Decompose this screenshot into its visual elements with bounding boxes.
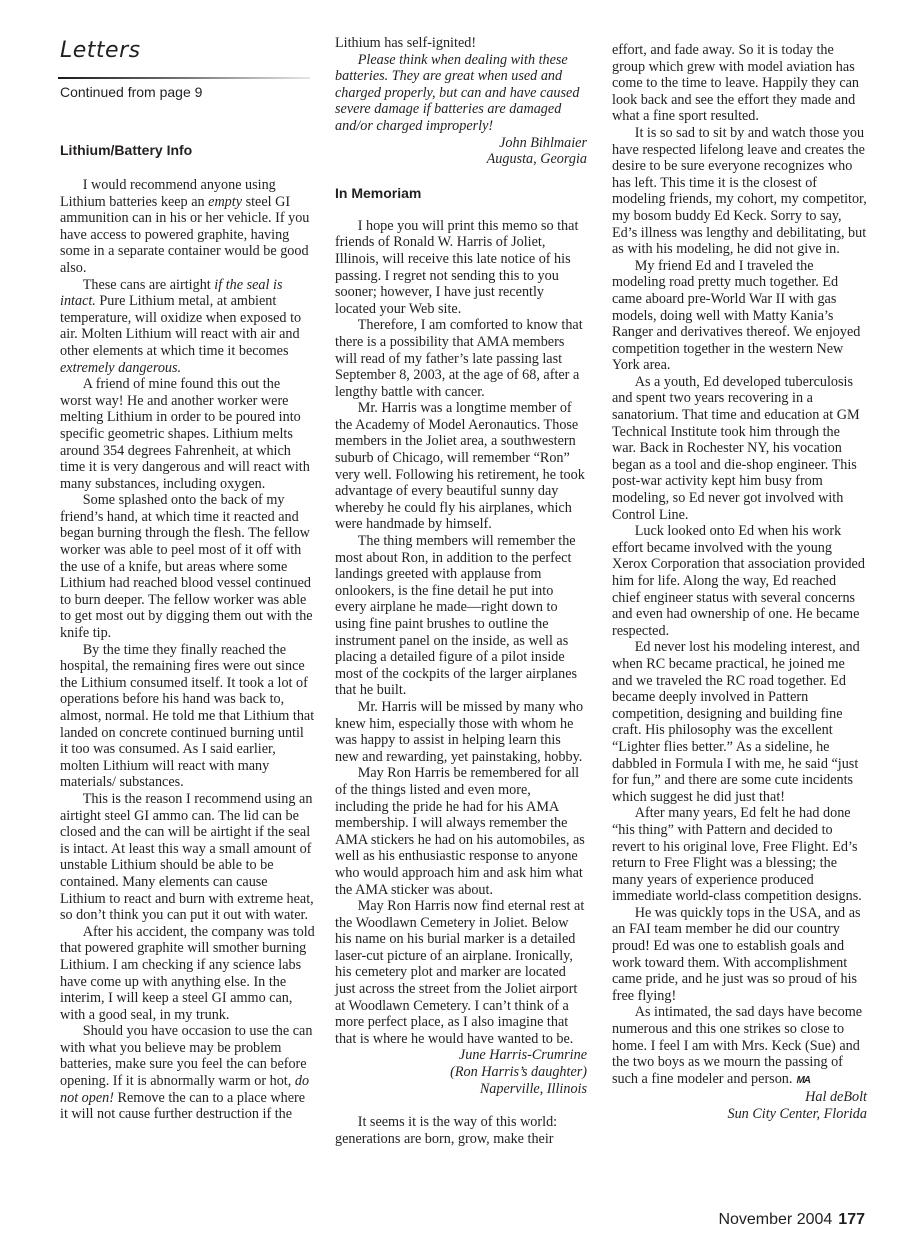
- paragraph: Mr. Harris was a longtime member of the …: [335, 400, 587, 533]
- paragraph-continued: effort, and fade away. So it is today th…: [612, 42, 867, 125]
- paragraph: May Ron Harris be remembered for all of …: [335, 765, 587, 898]
- paragraph: My friend Ed and I traveled the modeling…: [612, 258, 867, 374]
- paragraph-italic: Please think when dealing with these bat…: [335, 52, 587, 135]
- signature-name: Hal deBolt: [612, 1089, 867, 1106]
- paragraph: He was quickly tops in the USA, and as a…: [612, 905, 867, 1005]
- signature-name: John Bihlmaier: [335, 135, 587, 152]
- column-1: Lithium/Battery Info I would recommend a…: [60, 141, 315, 1123]
- letter-heading-lithium: Lithium/Battery Info: [60, 141, 315, 159]
- paragraph: This is the reason I recommend using an …: [60, 791, 315, 924]
- paragraph: I would recommend anyone using Lithium b…: [60, 177, 315, 277]
- column-2: Lithium has self-ignited! Please think w…: [335, 35, 587, 1147]
- header-rule: [58, 77, 310, 79]
- paragraph: It seems it is the way of this world: ge…: [335, 1114, 587, 1147]
- signature-location: Naperville, Illinois: [335, 1081, 587, 1098]
- paragraph: Luck looked onto Ed when his work effort…: [612, 523, 867, 639]
- paragraph: Therefore, I am comforted to know that t…: [335, 317, 587, 400]
- paragraph: It is so sad to sit by and watch those y…: [612, 125, 867, 258]
- paragraph: As intimated, the sad days have become n…: [612, 1004, 867, 1089]
- issue-date: November 2004: [718, 1211, 832, 1228]
- magazine-page: Letters Continued from page 9 Lithium/Ba…: [0, 0, 916, 1245]
- continued-note: Continued from page 9: [60, 84, 202, 100]
- paragraph: The thing members will remember the most…: [335, 533, 587, 699]
- paragraph: Some splashed onto the back of my friend…: [60, 492, 315, 641]
- paragraph: A friend of mine found this out the wors…: [60, 376, 315, 492]
- page-footer: November 2004177: [718, 1211, 865, 1229]
- paragraph: I hope you will print this memo so that …: [335, 218, 587, 318]
- signature-name: June Harris-Crumrine: [335, 1047, 587, 1064]
- ma-end-mark-icon: MA: [796, 1075, 810, 1086]
- column-3: effort, and fade away. So it is today th…: [612, 42, 867, 1123]
- page-number: 177: [838, 1211, 865, 1228]
- paragraph: Should you have occasion to use the can …: [60, 1023, 315, 1123]
- paragraph: Mr. Harris will be missed by many who kn…: [335, 699, 587, 765]
- paragraph: By the time they finally reached the hos…: [60, 642, 315, 791]
- paragraph: May Ron Harris now find eternal rest at …: [335, 898, 587, 1047]
- paragraph: Ed never lost his modeling interest, and…: [612, 639, 867, 805]
- paragraph: As a youth, Ed developed tuberculosis an…: [612, 374, 867, 523]
- signature-location: Sun City Center, Florida: [612, 1106, 867, 1123]
- signature-relation: (Ron Harris’s daughter): [335, 1064, 587, 1081]
- section-title: Letters: [60, 38, 141, 63]
- paragraph: After many years, Ed felt he had done “h…: [612, 805, 867, 905]
- paragraph: After his accident, the company was told…: [60, 924, 315, 1024]
- signature-location: Augusta, Georgia: [335, 151, 587, 168]
- paragraph-continued: Lithium has self-ignited!: [335, 35, 587, 52]
- letter-heading-memoriam: In Memoriam: [335, 184, 587, 202]
- paragraph: These cans are airtight if the seal is i…: [60, 277, 315, 377]
